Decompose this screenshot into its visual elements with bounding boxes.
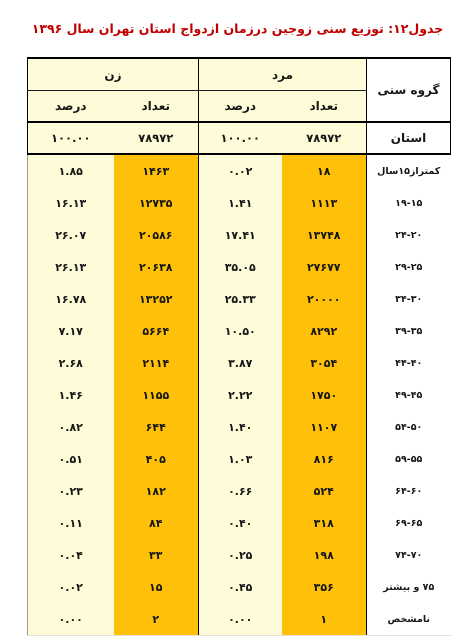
male-count-cell: ۸۲۹۲: [282, 315, 367, 347]
col-header-female-count: تعداد: [114, 91, 199, 123]
totals-label: استان: [367, 122, 451, 154]
male-percent-cell: ۰.۴۵: [199, 571, 282, 603]
age-group-cell: ۴۹-۴۵: [367, 379, 451, 411]
male-count-cell: ۳۰۵۴: [282, 347, 367, 379]
female-count-cell: ۲۰۵۸۶: [114, 219, 199, 251]
male-percent-cell: ۰.۲۵: [199, 539, 282, 571]
table-row: ۳۴-۳۰ ۲۰۰۰۰ ۲۵.۳۳ ۱۳۲۵۲ ۱۶.۷۸: [28, 283, 451, 315]
table-row: ۴۹-۴۵ ۱۷۵۰ ۲.۲۲ ۱۱۵۵ ۱.۴۶: [28, 379, 451, 411]
table-row: ۶۹-۶۵ ۳۱۸ ۰.۴۰ ۸۴ ۰.۱۱: [28, 507, 451, 539]
totals-female-percent: ۱۰۰.۰۰: [28, 122, 114, 154]
male-count-cell: ۱۳۷۴۸: [282, 219, 367, 251]
female-percent-cell: ۱۶.۷۸: [28, 283, 114, 315]
table-row: ۴۴-۴۰ ۳۰۵۴ ۳.۸۷ ۲۱۱۴ ۲.۶۸: [28, 347, 451, 379]
male-percent-cell: ۲.۲۲: [199, 379, 282, 411]
female-percent-cell: ۲۶.۰۷: [28, 219, 114, 251]
male-percent-cell: ۰.۰۲: [199, 154, 282, 187]
female-percent-cell: ۰.۵۱: [28, 443, 114, 475]
col-header-female: زن: [28, 58, 199, 91]
table-row: ۵۹-۵۵ ۸۱۶ ۱.۰۳ ۴۰۵ ۰.۵۱: [28, 443, 451, 475]
report-page: جدول۱۲: توزیع سنی زوجین درزمان ازدواج اس…: [0, 0, 475, 640]
table-row: ۲۹-۲۵ ۲۷۶۷۷ ۳۵.۰۵ ۲۰۶۳۸ ۲۶.۱۳: [28, 251, 451, 283]
col-header-male-count: تعداد: [282, 91, 367, 123]
male-percent-cell: ۰.۴۰: [199, 507, 282, 539]
age-group-cell: ۵۹-۵۵: [367, 443, 451, 475]
male-percent-cell: ۱.۰۳: [199, 443, 282, 475]
male-count-cell: ۲۰۰۰۰: [282, 283, 367, 315]
male-count-cell: ۵۲۴: [282, 475, 367, 507]
female-count-cell: ۲: [114, 603, 199, 636]
male-count-cell: ۱۱۱۳: [282, 187, 367, 219]
male-count-cell: ۳۵۶: [282, 571, 367, 603]
female-percent-cell: ۰.۱۱: [28, 507, 114, 539]
age-group-cell: کمتراز۱۵سال: [367, 154, 451, 187]
female-count-cell: ۶۴۴: [114, 411, 199, 443]
female-count-cell: ۲۱۱۴: [114, 347, 199, 379]
female-count-cell: ۳۳: [114, 539, 199, 571]
female-percent-cell: ۰.۰۰: [28, 603, 114, 636]
age-group-cell: ۱۹-۱۵: [367, 187, 451, 219]
age-group-cell: نامشخص: [367, 603, 451, 636]
age-group-cell: ۶۹-۶۵: [367, 507, 451, 539]
table-row: ۲۴-۲۰ ۱۳۷۴۸ ۱۷.۴۱ ۲۰۵۸۶ ۲۶.۰۷: [28, 219, 451, 251]
table-title: جدول۱۲: توزیع سنی زوجین درزمان ازدواج اس…: [0, 21, 475, 36]
table-row: ۷۵ و بیشتر ۳۵۶ ۰.۴۵ ۱۵ ۰.۰۲: [28, 571, 451, 603]
male-count-cell: ۳۱۸: [282, 507, 367, 539]
male-percent-cell: ۱.۴۰: [199, 411, 282, 443]
totals-male-percent: ۱۰۰.۰۰: [199, 122, 282, 154]
col-header-age-group: گروه سنی: [367, 58, 451, 122]
female-count-cell: ۱۸۲: [114, 475, 199, 507]
female-percent-cell: ۰.۰۲: [28, 571, 114, 603]
age-group-cell: ۳۹-۳۵: [367, 315, 451, 347]
female-percent-cell: ۰.۲۳: [28, 475, 114, 507]
female-percent-cell: ۱.۸۵: [28, 154, 114, 187]
female-percent-cell: ۱.۴۶: [28, 379, 114, 411]
table-row: ۱۹-۱۵ ۱۱۱۳ ۱.۴۱ ۱۲۷۳۵ ۱۶.۱۳: [28, 187, 451, 219]
age-distribution-table: گروه سنی مرد زن تعداد درصد تعداد درصد اس…: [27, 57, 451, 636]
age-group-cell: ۴۴-۴۰: [367, 347, 451, 379]
col-header-female-percent: درصد: [28, 91, 114, 123]
male-percent-cell: ۲۵.۳۳: [199, 283, 282, 315]
female-percent-cell: ۲۶.۱۳: [28, 251, 114, 283]
totals-female-count: ۷۸۹۷۲: [114, 122, 199, 154]
age-group-cell: ۷۵ و بیشتر: [367, 571, 451, 603]
male-count-cell: ۱۷۵۰: [282, 379, 367, 411]
female-count-cell: ۵۶۶۴: [114, 315, 199, 347]
age-group-cell: ۶۴-۶۰: [367, 475, 451, 507]
age-group-cell: ۷۴-۷۰: [367, 539, 451, 571]
table-row: ۶۴-۶۰ ۵۲۴ ۰.۶۶ ۱۸۲ ۰.۲۳: [28, 475, 451, 507]
male-count-cell: ۱۸: [282, 154, 367, 187]
male-percent-cell: ۰.۰۰: [199, 603, 282, 636]
female-count-cell: ۱۲۷۳۵: [114, 187, 199, 219]
male-count-cell: ۱: [282, 603, 367, 636]
age-group-cell: ۳۴-۳۰: [367, 283, 451, 315]
col-header-male-percent: درصد: [199, 91, 282, 123]
female-percent-cell: ۰.۸۲: [28, 411, 114, 443]
female-percent-cell: ۷.۱۷: [28, 315, 114, 347]
male-percent-cell: ۱.۴۱: [199, 187, 282, 219]
female-count-cell: ۱۱۵۵: [114, 379, 199, 411]
female-count-cell: ۱۳۲۵۲: [114, 283, 199, 315]
female-percent-cell: ۲.۶۸: [28, 347, 114, 379]
male-percent-cell: ۳.۸۷: [199, 347, 282, 379]
age-group-cell: ۵۴-۵۰: [367, 411, 451, 443]
table-row: کمتراز۱۵سال ۱۸ ۰.۰۲ ۱۴۶۳ ۱.۸۵: [28, 154, 451, 187]
female-count-cell: ۴۰۵: [114, 443, 199, 475]
age-group-cell: ۲۴-۲۰: [367, 219, 451, 251]
female-percent-cell: ۰.۰۴: [28, 539, 114, 571]
female-count-cell: ۱۵: [114, 571, 199, 603]
female-count-cell: ۱۴۶۳: [114, 154, 199, 187]
totals-male-count: ۷۸۹۷۲: [282, 122, 367, 154]
table-row: ۳۹-۳۵ ۸۲۹۲ ۱۰.۵۰ ۵۶۶۴ ۷.۱۷: [28, 315, 451, 347]
male-percent-cell: ۰.۶۶: [199, 475, 282, 507]
male-percent-cell: ۱۷.۴۱: [199, 219, 282, 251]
table-row: ۵۴-۵۰ ۱۱۰۷ ۱.۴۰ ۶۴۴ ۰.۸۲: [28, 411, 451, 443]
female-count-cell: ۸۴: [114, 507, 199, 539]
male-count-cell: ۱۱۰۷: [282, 411, 367, 443]
male-count-cell: ۱۹۸: [282, 539, 367, 571]
female-count-cell: ۲۰۶۳۸: [114, 251, 199, 283]
col-header-male: مرد: [199, 58, 367, 91]
male-count-cell: ۲۷۶۷۷: [282, 251, 367, 283]
table-row: نامشخص ۱ ۰.۰۰ ۲ ۰.۰۰: [28, 603, 451, 636]
male-percent-cell: ۱۰.۵۰: [199, 315, 282, 347]
age-group-cell: ۲۹-۲۵: [367, 251, 451, 283]
male-percent-cell: ۳۵.۰۵: [199, 251, 282, 283]
male-count-cell: ۸۱۶: [282, 443, 367, 475]
totals-row: استان ۷۸۹۷۲ ۱۰۰.۰۰ ۷۸۹۷۲ ۱۰۰.۰۰: [28, 122, 451, 154]
table-row: ۷۴-۷۰ ۱۹۸ ۰.۲۵ ۳۳ ۰.۰۴: [28, 539, 451, 571]
female-percent-cell: ۱۶.۱۳: [28, 187, 114, 219]
